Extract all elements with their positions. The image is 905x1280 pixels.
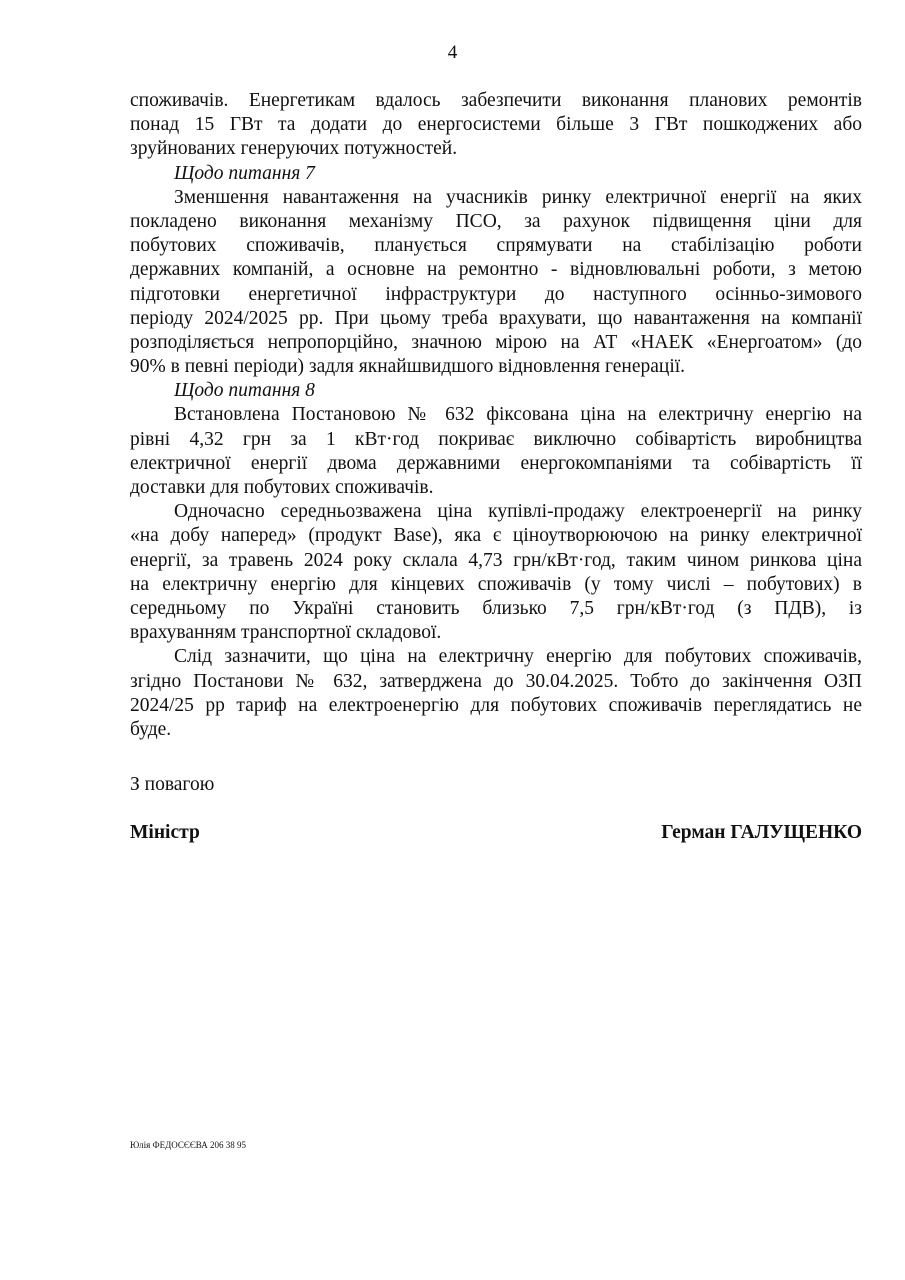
body-line: розподіляється непропорційно, значною мі… xyxy=(130,331,862,355)
body-line: покладено виконання механізму ПСО, за ра… xyxy=(130,210,862,234)
closing-salutation: З повагою xyxy=(130,774,214,796)
body-line: «на добу наперед» (продукт Base), яка є … xyxy=(130,524,862,548)
body-line: державних компаній, а основне на ремонтн… xyxy=(130,258,862,282)
body-line: періоду 2024/2025 рр. При цьому треба вр… xyxy=(130,307,862,331)
signatory-name: Герман ГАЛУЩЕНКО xyxy=(661,822,862,844)
body-line: врахуванням транспортної складової. xyxy=(130,621,862,645)
body-line: 2024/25 рр тариф на електроенергію для п… xyxy=(130,694,862,718)
body-line: доставки для побутових споживачів. xyxy=(130,476,862,500)
body-line: Встановлена Постановою № 632 фіксована ц… xyxy=(130,403,862,427)
body-line: Слід зазначити, що ціна на електричну ен… xyxy=(130,645,862,669)
body-line: Зменшення навантаження на учасників ринк… xyxy=(130,186,862,210)
body-line: на електричну енергію для кінцевих спожи… xyxy=(130,573,862,597)
body-line: побутових споживачів, планується спрямув… xyxy=(130,234,862,258)
executor-footer: Юлія ФЕДОСЄЄВА 206 38 95 xyxy=(130,1140,246,1150)
body-line: понад 15 ГВт та додати до енергосистеми … xyxy=(130,113,862,137)
body-line: 90% в певні періоди) задля якнайшвидшого… xyxy=(130,355,862,379)
body-line: споживачів. Енергетикам вдалось забезпеч… xyxy=(130,89,862,113)
body-line: рівні 4,32 грн за 1 кВт·год покриває вик… xyxy=(130,428,862,452)
page-number: 4 xyxy=(0,42,905,64)
body-line: електричної енергії двома державними ене… xyxy=(130,452,862,476)
body-line: середньому по Україні становить близько … xyxy=(130,597,862,621)
body-line: буде. xyxy=(130,718,862,742)
body-line: енергії, за травень 2024 року склала 4,7… xyxy=(130,549,862,573)
section-heading-question-8: Щодо питання 8 xyxy=(130,379,862,403)
body-line: підготовки енергетичної інфраструктури д… xyxy=(130,283,862,307)
letter-body: споживачів. Енергетикам вдалось забезпеч… xyxy=(130,89,862,742)
body-line: Одночасно середньозважена ціна купівлі-п… xyxy=(130,500,862,524)
body-line: зруйнованих генеруючих потужностей. xyxy=(130,137,862,161)
body-line: згідно Постанови № 632, затверджена до 3… xyxy=(130,670,862,694)
section-heading-question-7: Щодо питання 7 xyxy=(130,162,862,186)
signatory-title: Міністр xyxy=(130,822,200,844)
